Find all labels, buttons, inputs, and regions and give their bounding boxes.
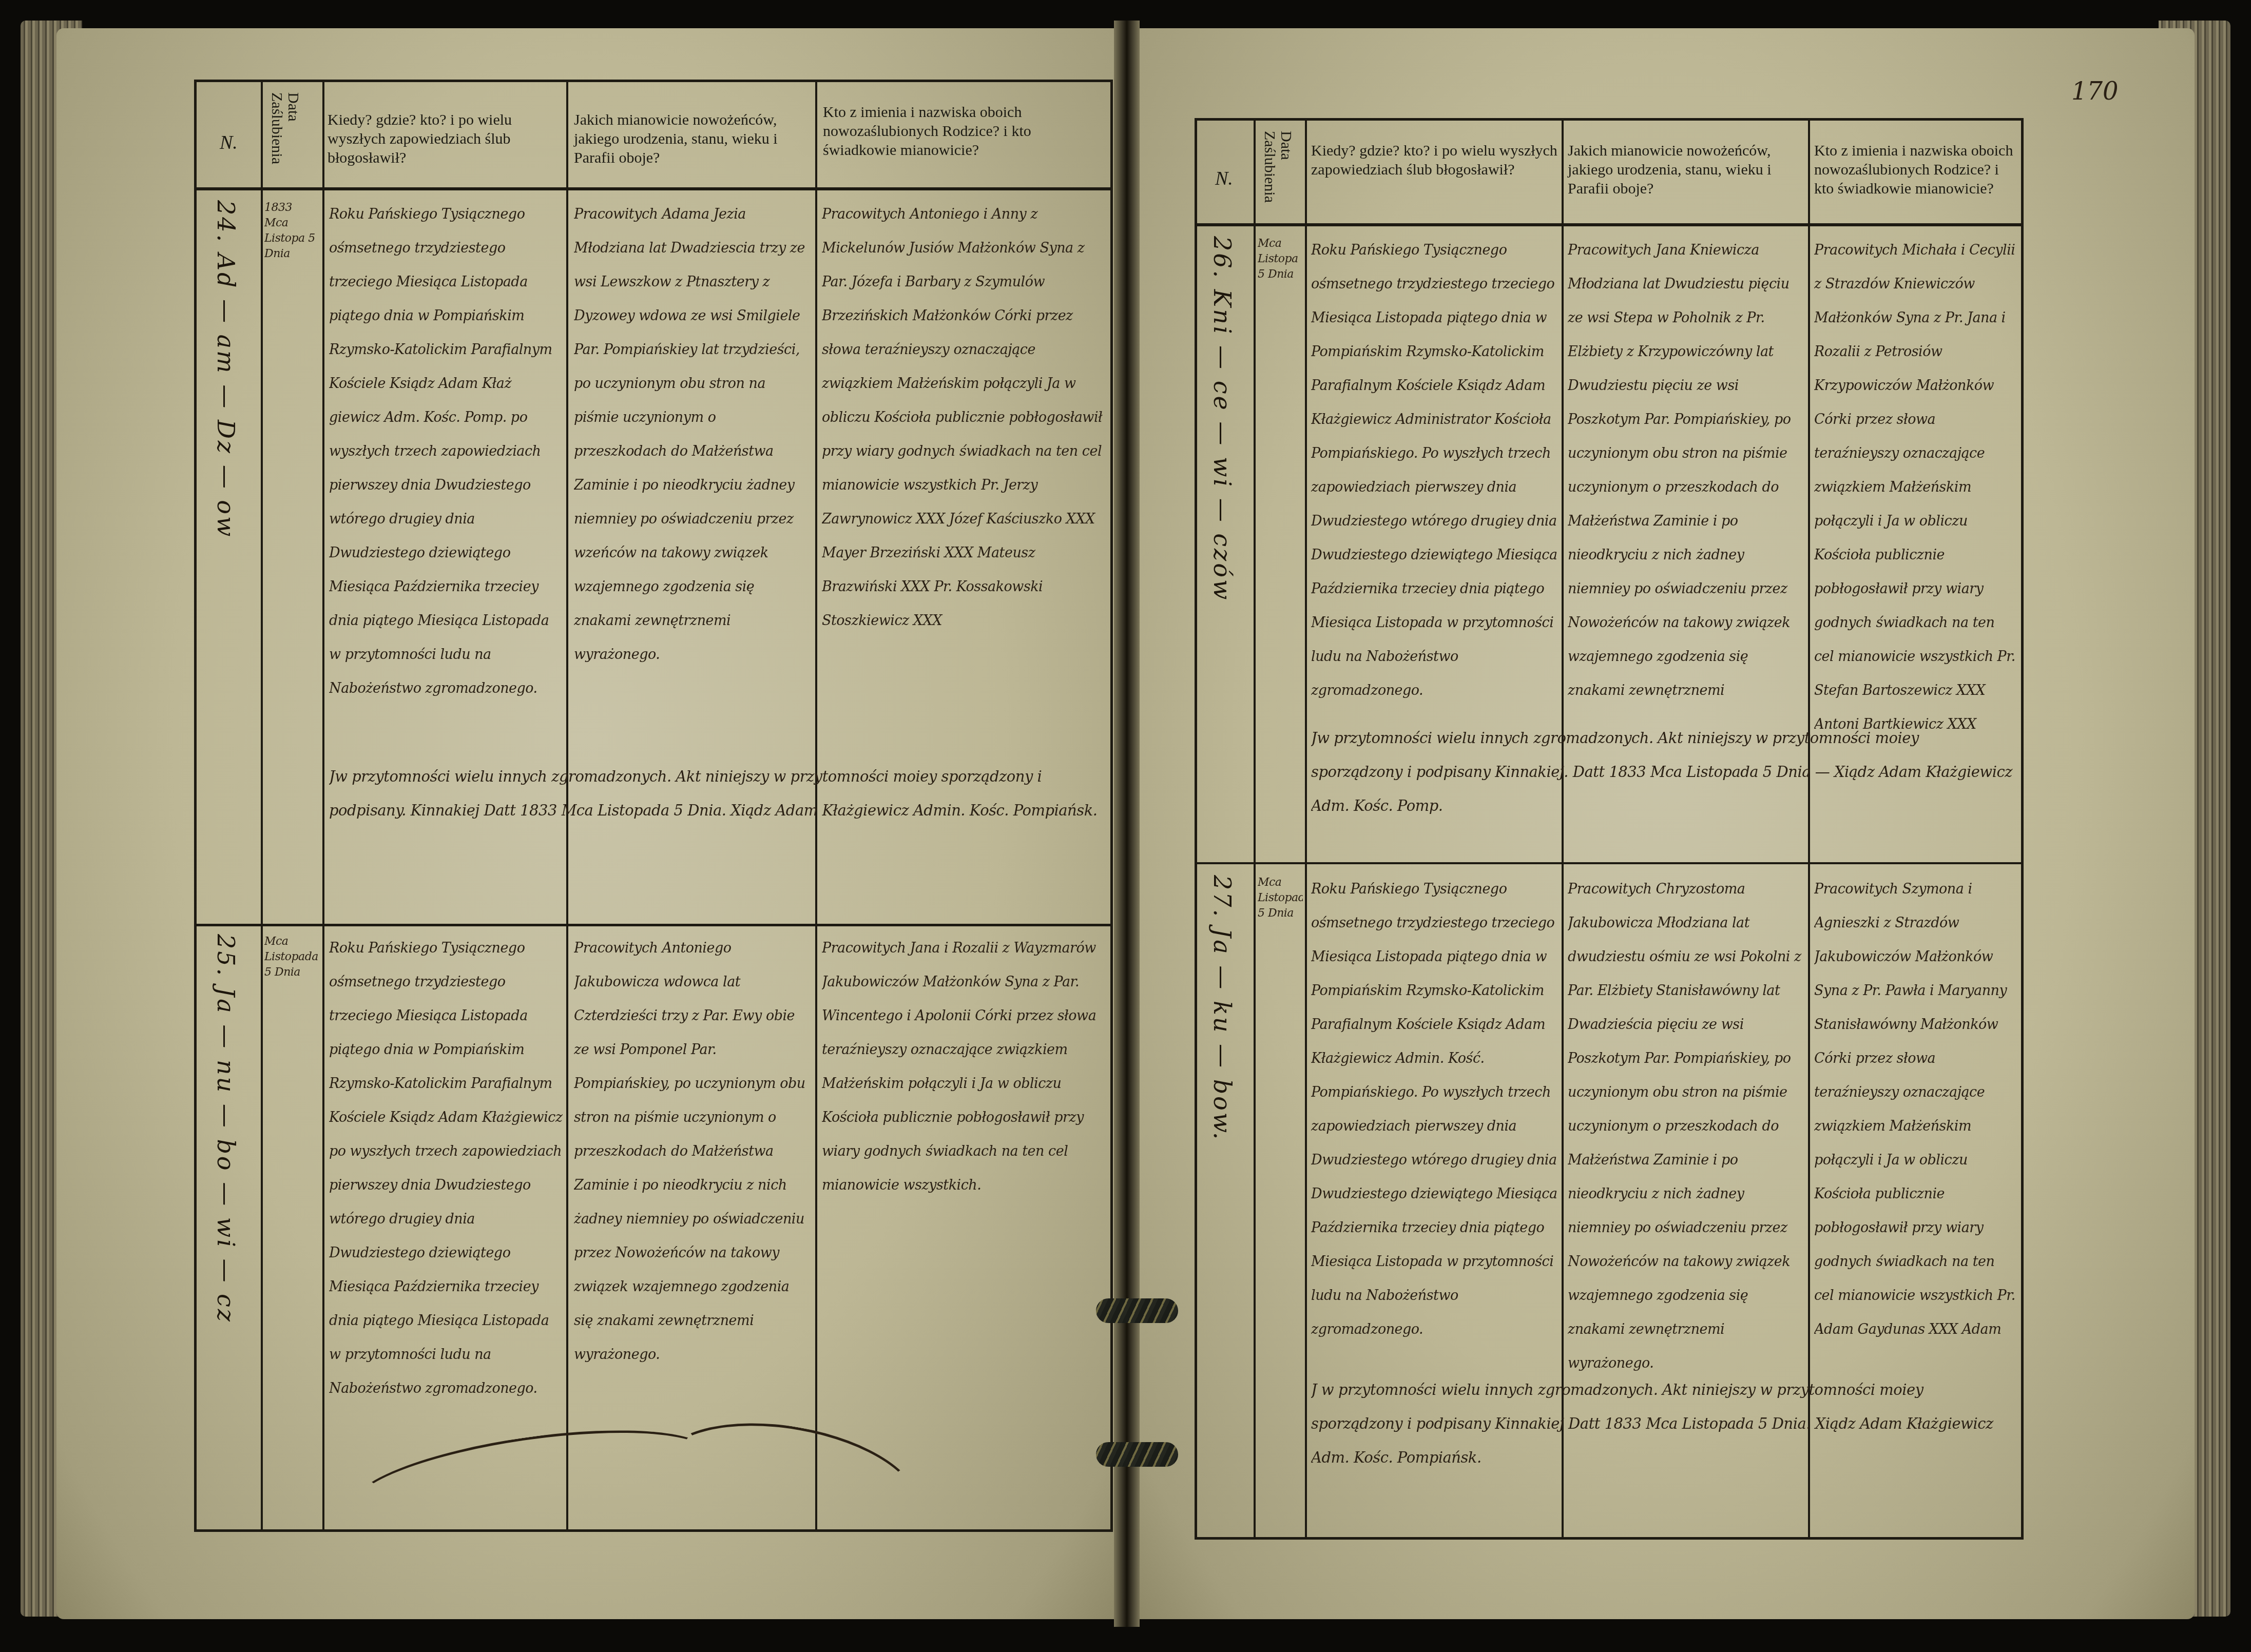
left-register-table: N. Data Zaślubienia Kiedy? gdzie? kto? i… — [194, 80, 1113, 1532]
page-number: 170 — [2071, 77, 2119, 106]
entry-date: Mca Listopada 5 Dnia — [1258, 875, 1303, 978]
entry-number-name: 25. Ja — nu — bo — wi — cz — [212, 934, 240, 1509]
entry-couple: Pracowitych Adama Jezia Młodziana lat Dw… — [574, 198, 810, 711]
entry-parents-witnesses: Pracowitych Jana i Rozalii z Wayzmarów J… — [822, 931, 1104, 1393]
entry-couple: Pracowitych Chryzostoma Jakubowicza Młod… — [1568, 872, 1804, 1375]
divider — [322, 82, 324, 1529]
entry-date: Mca Listopada 5 Dnia — [264, 934, 318, 1037]
entry-date: 1833 Mca Listopa 5 Dnia — [264, 200, 318, 313]
header-n: N. — [220, 133, 238, 152]
book-spread: N. Data Zaślubienia Kiedy? gdzie? kto? i… — [0, 0, 2251, 1652]
header-who: Jakich mianowicie nowożeńców, jakiego ur… — [1568, 141, 1804, 198]
header-n: N. — [1215, 169, 1233, 188]
header-parents: Kto z imienia i nazwiska oboich nowozaśl… — [1814, 141, 2017, 198]
right-register-table: N. Data Zaślubienia Kiedy? gdzie? kto? i… — [1195, 118, 2024, 1540]
divider — [261, 82, 263, 1529]
entry-when: Roku Pańskiego Tysiącznego ośmsetnego tr… — [1311, 234, 1557, 706]
entry-couple: Pracowitych Jana Kniewicza Młodziana lat… — [1568, 234, 1804, 706]
header-when: Kiedy? gdzie? kto? i po wielu wyszłych z… — [1311, 141, 1557, 179]
entry-when: Roku Pańskiego Tysiącznego ośmsetnego tr… — [329, 198, 563, 711]
entry-number-name: 26. Kni — ce — wi — czów — [1208, 236, 1236, 749]
binding-stitch — [1096, 1298, 1178, 1323]
entry-when: Roku Pańskiego Tysiącznego ośmsetnego tr… — [1311, 872, 1557, 1345]
entry-closing: J w przytomności wielu innych zgromadzon… — [1311, 1373, 2014, 1527]
right-page: 170 N. Data Zaślubienia Kiedy? gdzie? kt… — [1132, 28, 2195, 1619]
left-page: N. Data Zaślubienia Kiedy? gdzie? kto? i… — [56, 28, 1122, 1619]
divider — [1305, 121, 1307, 1537]
entry-closing: Jw przytomności wielu innych zgromadzony… — [1311, 721, 2014, 860]
header-date: Data Zaślubienia — [1261, 131, 1294, 223]
header-date: Data Zaślubienia — [268, 92, 301, 185]
header-rule — [197, 187, 1110, 190]
entry-rule — [197, 924, 1110, 926]
entry-parents-witnesses: Pracowitych Michała i Cecylii z Strazdów… — [1814, 234, 2017, 747]
entry-parents-witnesses: Pracowitych Antoniego i Anny z Mickelunó… — [822, 198, 1104, 788]
entry-when: Roku Pańskiego Tysiącznego ośmsetnego tr… — [329, 931, 563, 1434]
entry-closing: Jw przytomności wielu innych zgromadzony… — [329, 760, 1099, 919]
header-when: Kiedy? gdzie? kto? i po wielu wyszłych z… — [328, 110, 561, 167]
entry-number-name: 27. Ja — ku — bow. — [1208, 875, 1236, 1388]
header-who: Jakich mianowicie nowożeńców, jakiego ur… — [574, 110, 810, 167]
header-rule — [1197, 223, 2021, 226]
entry-parents-witnesses: Pracowitych Szymona i Agnieszki z Strazd… — [1814, 872, 2017, 1345]
divider — [1254, 121, 1256, 1537]
entry-number-name: 24. Ad — am — Dz — ow — [212, 200, 240, 908]
entry-rule — [1197, 862, 2021, 864]
book-gutter — [1114, 21, 1140, 1627]
entry-date: Mca Listopa 5 Dnia — [1258, 236, 1303, 339]
header-parents: Kto z imienia i nazwiska oboich nowozaśl… — [823, 103, 1105, 160]
entry-couple: Pracowitych Antoniego Jakubowicza wdowca… — [574, 931, 810, 1434]
binding-stitch — [1096, 1442, 1178, 1467]
